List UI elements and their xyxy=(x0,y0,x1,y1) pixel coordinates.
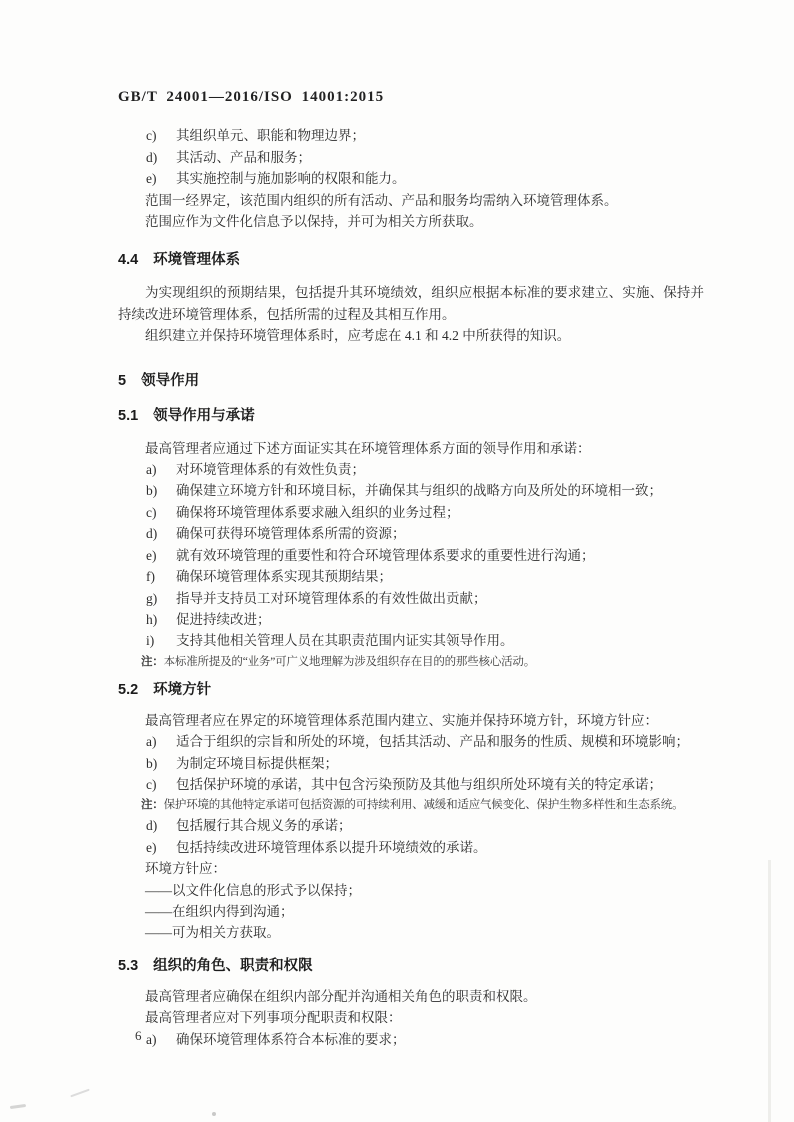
sub-lead-paragraph: 环境方针应： xyxy=(118,858,704,879)
scan-streak xyxy=(768,860,771,1122)
list-item: d) 包括履行其合规义务的承诺； xyxy=(146,815,704,836)
list-item: e) 就有效环境管理的重要性和符合环境管理体系要求的重要性进行沟通； xyxy=(146,545,704,566)
heading-title: 组织的角色、职责和权限 xyxy=(153,958,313,974)
note-label: 注： xyxy=(141,656,164,668)
list-item-label: e) xyxy=(146,168,176,189)
list-item-text: 支持其他相关管理人员在其职责范围内证实其领导作用。 xyxy=(176,630,704,651)
dash-item: ——在组织内得到沟通； xyxy=(118,901,704,922)
list-item-text: 对环境管理体系的有效性负责； xyxy=(176,459,704,480)
paragraph: 最高管理者应确保在组织内部分配并沟通相关角色的职责和权限。 xyxy=(118,986,704,1007)
section-heading-4-4: 4.4环境管理体系 xyxy=(118,249,704,271)
scan-speck xyxy=(70,1089,89,1098)
list-item: a) 对环境管理体系的有效性负责； xyxy=(146,459,704,480)
paragraph: 组织建立并保持环境管理体系时，应考虑在 4.1 和 4.2 中所获得的知识。 xyxy=(118,325,704,346)
page-number: 6 xyxy=(135,1028,142,1044)
lead-paragraph: 最高管理者应通过下述方面证实其在环境管理体系方面的领导作用和承诺： xyxy=(118,438,704,459)
list-item-label: a) xyxy=(146,459,176,480)
heading-number: 5.3 xyxy=(118,958,138,974)
heading-title: 环境管理体系 xyxy=(153,252,240,268)
list-item-label: c) xyxy=(146,125,176,146)
paragraph: 最高管理者应对下列事项分配职责和权限： xyxy=(118,1007,704,1028)
list-item: b) 确保建立环境方针和环境目标，并确保其与组织的战略方向及所处的环境相一致； xyxy=(146,480,704,501)
heading-number: 5 xyxy=(118,373,126,389)
dash-item: ——可为相关方获取。 xyxy=(118,922,704,943)
list-item-label: h) xyxy=(146,609,176,630)
list-item-label: e) xyxy=(146,545,176,566)
list-item-label: d) xyxy=(146,523,176,544)
list-item: a) 确保环境管理体系符合本标准的要求； xyxy=(146,1029,704,1050)
note-text: 本标准所提及的“业务”可广义地理解为涉及组织存在目的的那些核心活动。 xyxy=(164,656,535,668)
section-heading-5-2: 5.2环境方针 xyxy=(118,679,704,701)
list-item: e) 包括持续改进环境管理体系以提升环境绩效的承诺。 xyxy=(146,837,704,858)
scan-speck xyxy=(10,1104,26,1109)
note: 注：保护环境的其他特定承诺可包括资源的可持续利用、减缓和适应气候变化、保护生物多… xyxy=(118,795,704,815)
section-heading-5: 5领导作用 xyxy=(118,370,704,392)
list-item: c) 包括保护环境的承诺，其中包含污染预防及其他与组织所处环境有关的特定承诺； xyxy=(146,774,704,795)
list-item: a) 适合于组织的宗旨和所处的环境，包括其活动、产品和服务的性质、规模和环境影响… xyxy=(146,731,704,752)
list-item-label: c) xyxy=(146,502,176,523)
list-item: c) 确保将环境管理体系要求融入组织的业务过程； xyxy=(146,502,704,523)
list-item: c) 其组织单元、职能和物理边界； xyxy=(146,125,704,146)
heading-title: 环境方针 xyxy=(153,682,211,698)
page-content: GB/T 24001—2016/ISO 14001:2015 c) 其组织单元、… xyxy=(118,87,704,1050)
list-item-text: 确保将环境管理体系要求融入组织的业务过程； xyxy=(176,502,704,523)
list-item-label: d) xyxy=(146,147,176,168)
list-item-text: 确保可获得环境管理体系所需的资源； xyxy=(176,523,704,544)
list-item-label: a) xyxy=(146,731,176,752)
list-item-label: g) xyxy=(146,588,176,609)
list-item: g) 指导并支持员工对环境管理体系的有效性做出贡献； xyxy=(146,588,704,609)
note-text: 保护环境的其他特定承诺可包括资源的可持续利用、减缓和适应气候变化、保护生物多样性… xyxy=(164,799,684,811)
list-item-text: 就有效环境管理的重要性和符合环境管理体系要求的重要性进行沟通； xyxy=(176,545,704,566)
heading-number: 4.4 xyxy=(118,252,138,268)
heading-title: 领导作用与承诺 xyxy=(153,408,255,424)
list-item-label: e) xyxy=(146,837,176,858)
list-item-text: 确保环境管理体系符合本标准的要求； xyxy=(176,1029,704,1050)
note-label: 注： xyxy=(141,799,164,811)
scanned-document-page: GB/T 24001—2016/ISO 14001:2015 c) 其组织单元、… xyxy=(0,0,794,1122)
note: 注：本标准所提及的“业务”可广义地理解为涉及组织存在目的的那些核心活动。 xyxy=(118,652,704,672)
list-item: f) 确保环境管理体系实现其预期结果； xyxy=(146,566,704,587)
list-item-label: b) xyxy=(146,480,176,501)
list-item-text: 为制定环境目标提供框架； xyxy=(176,753,704,774)
list-item: d) 确保可获得环境管理体系所需的资源； xyxy=(146,523,704,544)
list-item-text: 其实施控制与施加影响的权限和能力。 xyxy=(176,168,704,189)
heading-title: 领导作用 xyxy=(141,373,199,389)
list-item-label: c) xyxy=(146,774,176,795)
list-item-text: 包括履行其合规义务的承诺； xyxy=(176,815,704,836)
paragraph: 范围一经界定，该范围内组织的所有活动、产品和服务均需纳入环境管理体系。 xyxy=(118,190,704,211)
list-item-text: 其组织单元、职能和物理边界； xyxy=(176,125,704,146)
lead-paragraph: 最高管理者应在界定的环境管理体系范围内建立、实施并保持环境方针，环境方针应： xyxy=(118,710,704,731)
list-item: b) 为制定环境目标提供框架； xyxy=(146,753,704,774)
list-item-label: f) xyxy=(146,566,176,587)
heading-number: 5.2 xyxy=(118,682,138,698)
heading-number: 5.1 xyxy=(118,408,138,424)
paragraph: 为实现组织的预期结果，包括提升其环境绩效，组织应根据本标准的要求建立、实施、保持… xyxy=(118,282,704,325)
list-item-text: 指导并支持员工对环境管理体系的有效性做出贡献； xyxy=(176,588,704,609)
list-item-text: 适合于组织的宗旨和所处的环境，包括其活动、产品和服务的性质、规模和环境影响； xyxy=(176,731,704,752)
list-item-text: 包括持续改进环境管理体系以提升环境绩效的承诺。 xyxy=(176,837,704,858)
paragraph: 范围应作为文件化信息予以保持，并可为相关方所获取。 xyxy=(118,211,704,232)
list-item: i) 支持其他相关管理人员在其职责范围内证实其领导作用。 xyxy=(146,630,704,651)
section-heading-5-3: 5.3组织的角色、职责和权限 xyxy=(118,955,704,977)
list-item-text: 确保建立环境方针和环境目标，并确保其与组织的战略方向及所处的环境相一致； xyxy=(176,480,704,501)
scan-speck xyxy=(212,1112,216,1116)
list-item: e) 其实施控制与施加影响的权限和能力。 xyxy=(146,168,704,189)
list-item: d) 其活动、产品和服务； xyxy=(146,147,704,168)
standard-code-header: GB/T 24001—2016/ISO 14001:2015 xyxy=(118,87,704,108)
dash-item: ——以文件化信息的形式予以保持； xyxy=(118,880,704,901)
list-item-label: i) xyxy=(146,630,176,651)
list-item-label: b) xyxy=(146,753,176,774)
list-item-label: d) xyxy=(146,815,176,836)
list-item-text: 确保环境管理体系实现其预期结果； xyxy=(176,566,704,587)
list-item-text: 包括保护环境的承诺，其中包含污染预防及其他与组织所处环境有关的特定承诺； xyxy=(176,774,704,795)
section-heading-5-1: 5.1领导作用与承诺 xyxy=(118,405,704,427)
list-item: h) 促进持续改进； xyxy=(146,609,704,630)
list-item-label: a) xyxy=(146,1029,176,1050)
list-item-text: 促进持续改进； xyxy=(176,609,704,630)
list-item-text: 其活动、产品和服务； xyxy=(176,147,704,168)
